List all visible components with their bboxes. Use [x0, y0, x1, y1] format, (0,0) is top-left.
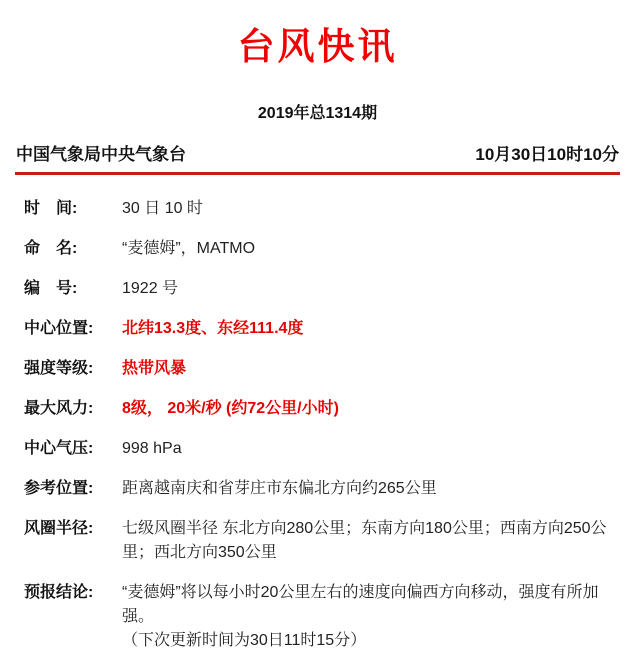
row-value: “麦德姆”，MATMO	[122, 237, 617, 261]
table-row-intensity: 强度等级: 热带风暴	[0, 357, 635, 381]
row-value: “麦德姆”将以每小时20公里左右的速度向偏西方向移动，强度有所加强。 （下次更新…	[122, 581, 617, 650]
page-title: 台风快讯	[0, 16, 635, 70]
table-row-wind-circle-radius: 风圈半径: 七级风圈半径 东北方向280公里；东南方向180公里；西南方向250…	[0, 517, 635, 565]
next-update-note: （下次更新时间为30日11时15分）	[122, 629, 617, 650]
row-value-highlight: 8级， 20米/秒 (约72公里/小时)	[122, 397, 617, 421]
row-value-highlight: 热带风暴	[122, 357, 617, 381]
issue-number: 2019年总1314期	[0, 104, 635, 124]
table-row-max-wind: 最大风力: 8级， 20米/秒 (约72公里/小时)	[0, 397, 635, 421]
row-value-highlight: 北纬13.3度、东经111.4度	[122, 317, 617, 341]
row-label: 预报结论:	[24, 581, 122, 605]
forecast-text: “麦德姆”将以每小时20公里左右的速度向偏西方向移动，强度有所加强。	[122, 581, 617, 629]
row-label: 编 号:	[24, 277, 122, 301]
table-row-center-pressure: 中心气压: 998 hPa	[0, 437, 635, 461]
row-label: 强度等级:	[24, 357, 122, 381]
agency-name: 中国气象局中央气象台	[16, 144, 186, 165]
table-row-name: 命 名: “麦德姆”，MATMO	[0, 237, 635, 261]
row-label: 风圈半径:	[24, 517, 122, 541]
row-value: 距离越南庆和省芽庄市东偏北方向约265公里	[122, 477, 617, 501]
row-label: 中心位置:	[24, 317, 122, 341]
table-row-forecast-conclusion: 预报结论: “麦德姆”将以每小时20公里左右的速度向偏西方向移动，强度有所加强。…	[0, 581, 635, 650]
typhoon-bulletin-page: 台风快讯 2019年总1314期 中国气象局中央气象台 10月30日10时10分…	[0, 0, 635, 650]
table-row-number: 编 号: 1922 号	[0, 277, 635, 301]
row-label: 中心气压:	[24, 437, 122, 461]
row-label: 时 间:	[24, 197, 122, 221]
row-label: 最大风力:	[24, 397, 122, 421]
issue-datetime: 10月30日10时10分	[475, 144, 619, 165]
row-value: 998 hPa	[122, 437, 617, 461]
meta-row: 中国气象局中央气象台 10月30日10时10分	[16, 144, 619, 165]
row-label: 参考位置:	[24, 477, 122, 501]
row-value: 1922 号	[122, 277, 617, 301]
table-row-center-position: 中心位置: 北纬13.3度、东经111.4度	[0, 317, 635, 341]
row-label: 命 名:	[24, 237, 122, 261]
row-value: 七级风圈半径 东北方向280公里；东南方向180公里；西南方向250公里；西北方…	[122, 517, 617, 565]
table-row-time: 时 间: 30 日 10 时	[0, 197, 635, 221]
table-row-reference-position: 参考位置: 距离越南庆和省芽庄市东偏北方向约265公里	[0, 477, 635, 501]
red-divider-rule	[15, 172, 620, 175]
row-value: 30 日 10 时	[122, 197, 617, 221]
bulletin-table: 时 间: 30 日 10 时 命 名: “麦德姆”，MATMO 编 号: 192…	[0, 197, 635, 650]
